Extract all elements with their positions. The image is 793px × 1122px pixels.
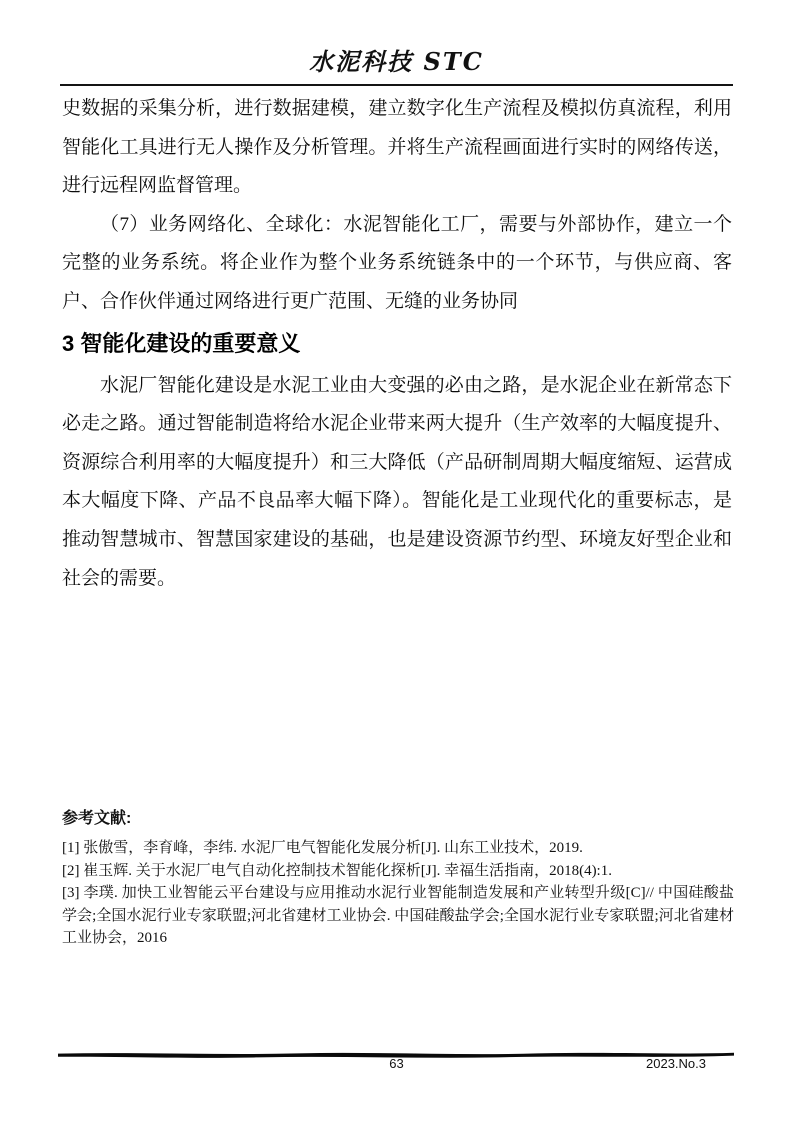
reference-item-2: [2] 崔玉辉. 关于水泥厂电气自动化控制技术智能化探析[J]. 幸福生活指南，… — [62, 860, 734, 883]
references-heading: 参考文献: — [62, 808, 734, 830]
section-paragraph: 水泥厂智能化建设是水泥工业由大变强的必由之路，是水泥企业在新常态下必走之路。通过… — [62, 367, 732, 599]
header-rule — [60, 84, 733, 86]
journal-title: 水泥科技 STC — [0, 42, 793, 77]
reference-item-3: [3] 李璞. 加快工业智能云平台建设与应用推动水泥行业智能制造发展和产业转型升… — [62, 882, 734, 950]
footer-rule — [58, 1046, 734, 1054]
reference-item-1: [1] 张傲雪，李育峰，李纬. 水泥厂电气智能化发展分析[J]. 山东工业技术，… — [62, 837, 734, 860]
references-section: 参考文献: [1] 张傲雪，李育峰，李纬. 水泥厂电气智能化发展分析[J]. 山… — [62, 808, 734, 950]
article-body: 史数据的采集分析，进行数据建模，建立数字化生产流程及模拟仿真流程，利用智能化工具… — [62, 90, 732, 598]
document-page: 水泥科技 STC 史数据的采集分析，进行数据建模，建立数字化生产流程及模拟仿真流… — [0, 0, 793, 1122]
paragraph-item7: （7）业务网络化、全球化：水泥智能化工厂，需要与外部协作，建立一个完整的业务系统… — [62, 206, 732, 322]
footer-issue-label: 2023.No.3 — [646, 1056, 706, 1071]
section-heading: 3 智能化建设的重要意义 — [62, 329, 732, 359]
paragraph-continuation: 史数据的采集分析，进行数据建模，建立数字化生产流程及模拟仿真流程，利用智能化工具… — [62, 90, 732, 206]
